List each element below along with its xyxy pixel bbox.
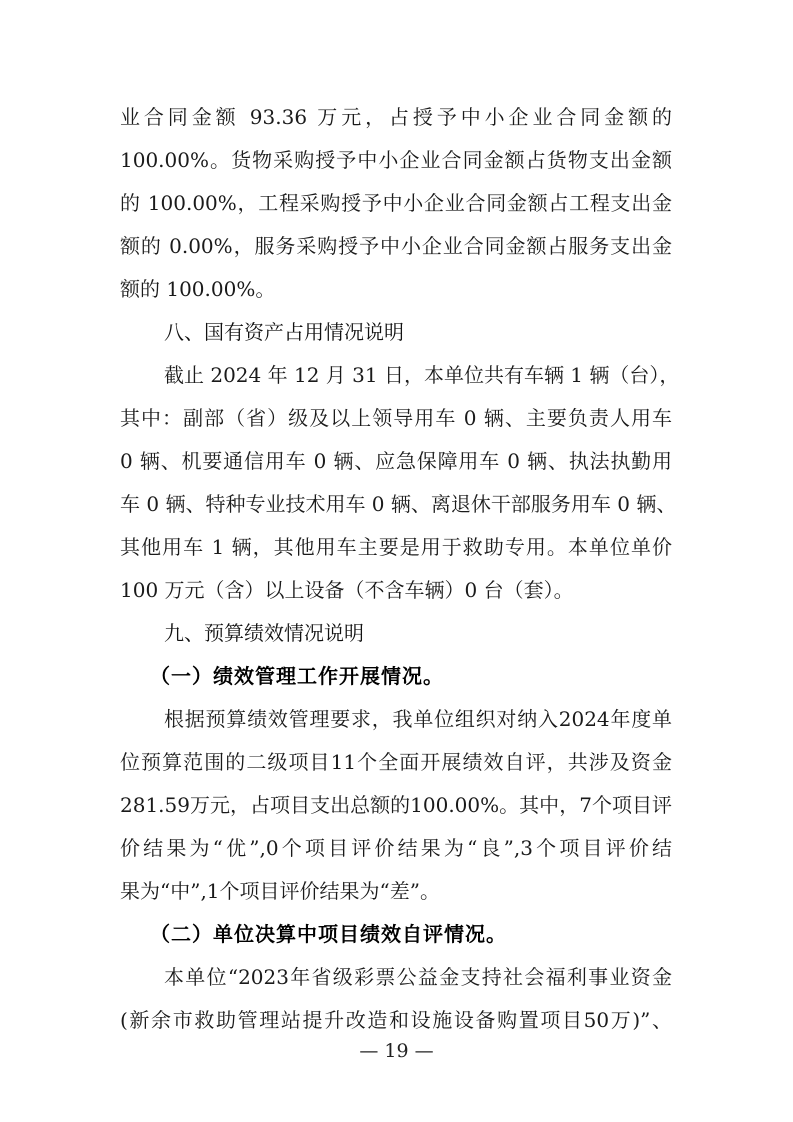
paragraph-line: 其中：副部（省）级及以上领导用车 0 辆、主要负责人用车 xyxy=(120,403,672,433)
section-heading-9: 九、预算绩效情况说明 xyxy=(164,618,364,648)
paragraph-line: (新余市救助管理站提升改造和设施设备购置项目50万)”、 xyxy=(120,1005,672,1035)
paragraph-line: 100 万元（含）以上设备（不含车辆）0 台（套）。 xyxy=(120,575,672,605)
section-heading-8: 八、国有资产占用情况说明 xyxy=(164,317,404,347)
paragraph-line: 的 100.00%，工程采购授予中小企业合同金额占工程支出金 xyxy=(120,188,672,218)
page-number: — 19 — xyxy=(0,1040,793,1062)
subsection-heading-2: （二）单位决算中项目绩效自评情况。 xyxy=(150,919,507,949)
paragraph-line: 100.00%。货物采购授予中小企业合同金额占货物支出金额 xyxy=(120,145,672,175)
paragraph-line: 额的 100.00%。 xyxy=(120,274,672,304)
paragraph-line: 281.59万元，占项目支出总额的100.00%。其中，7个项目评 xyxy=(120,790,672,820)
document-page: 业合同金额 93.36 万元，占授予中小企业合同金额的 100.00%。货物采购… xyxy=(0,0,793,1122)
paragraph-line: 额的 0.00%，服务采购授予中小企业合同金额占服务支出金 xyxy=(120,231,672,261)
paragraph-line: 果为“中”,1个项目评价结果为“差”。 xyxy=(120,876,672,906)
paragraph-line: 车 0 辆、特种专业技术用车 0 辆、离退休干部服务用车 0 辆、 xyxy=(120,489,672,519)
paragraph-line: 其他用车 1 辆，其他用车主要是用于救助专用。本单位单价 xyxy=(120,532,672,562)
paragraph-line: 本单位“2023年省级彩票公益金支持社会福利事业资金 xyxy=(164,962,672,992)
paragraph-line: 根据预算绩效管理要求，我单位组织对纳入2024年度单 xyxy=(164,704,672,734)
paragraph-line: 价结果为“优”,0个项目评价结果为“良”,3个项目评价结 xyxy=(120,833,672,863)
paragraph-line: 业合同金额 93.36 万元，占授予中小企业合同金额的 xyxy=(120,102,672,132)
paragraph-line: 截止 2024 年 12 月 31 日，本单位共有车辆 1 辆（台）， xyxy=(164,360,672,390)
paragraph-line: 位预算范围的二级项目11个全面开展绩效自评，共涉及资金 xyxy=(120,747,672,777)
paragraph-line: 0 辆、机要通信用车 0 辆、应急保障用车 0 辆、执法执勤用 xyxy=(120,446,672,476)
subsection-heading-1: （一）绩效管理工作开展情况。 xyxy=(150,661,444,691)
